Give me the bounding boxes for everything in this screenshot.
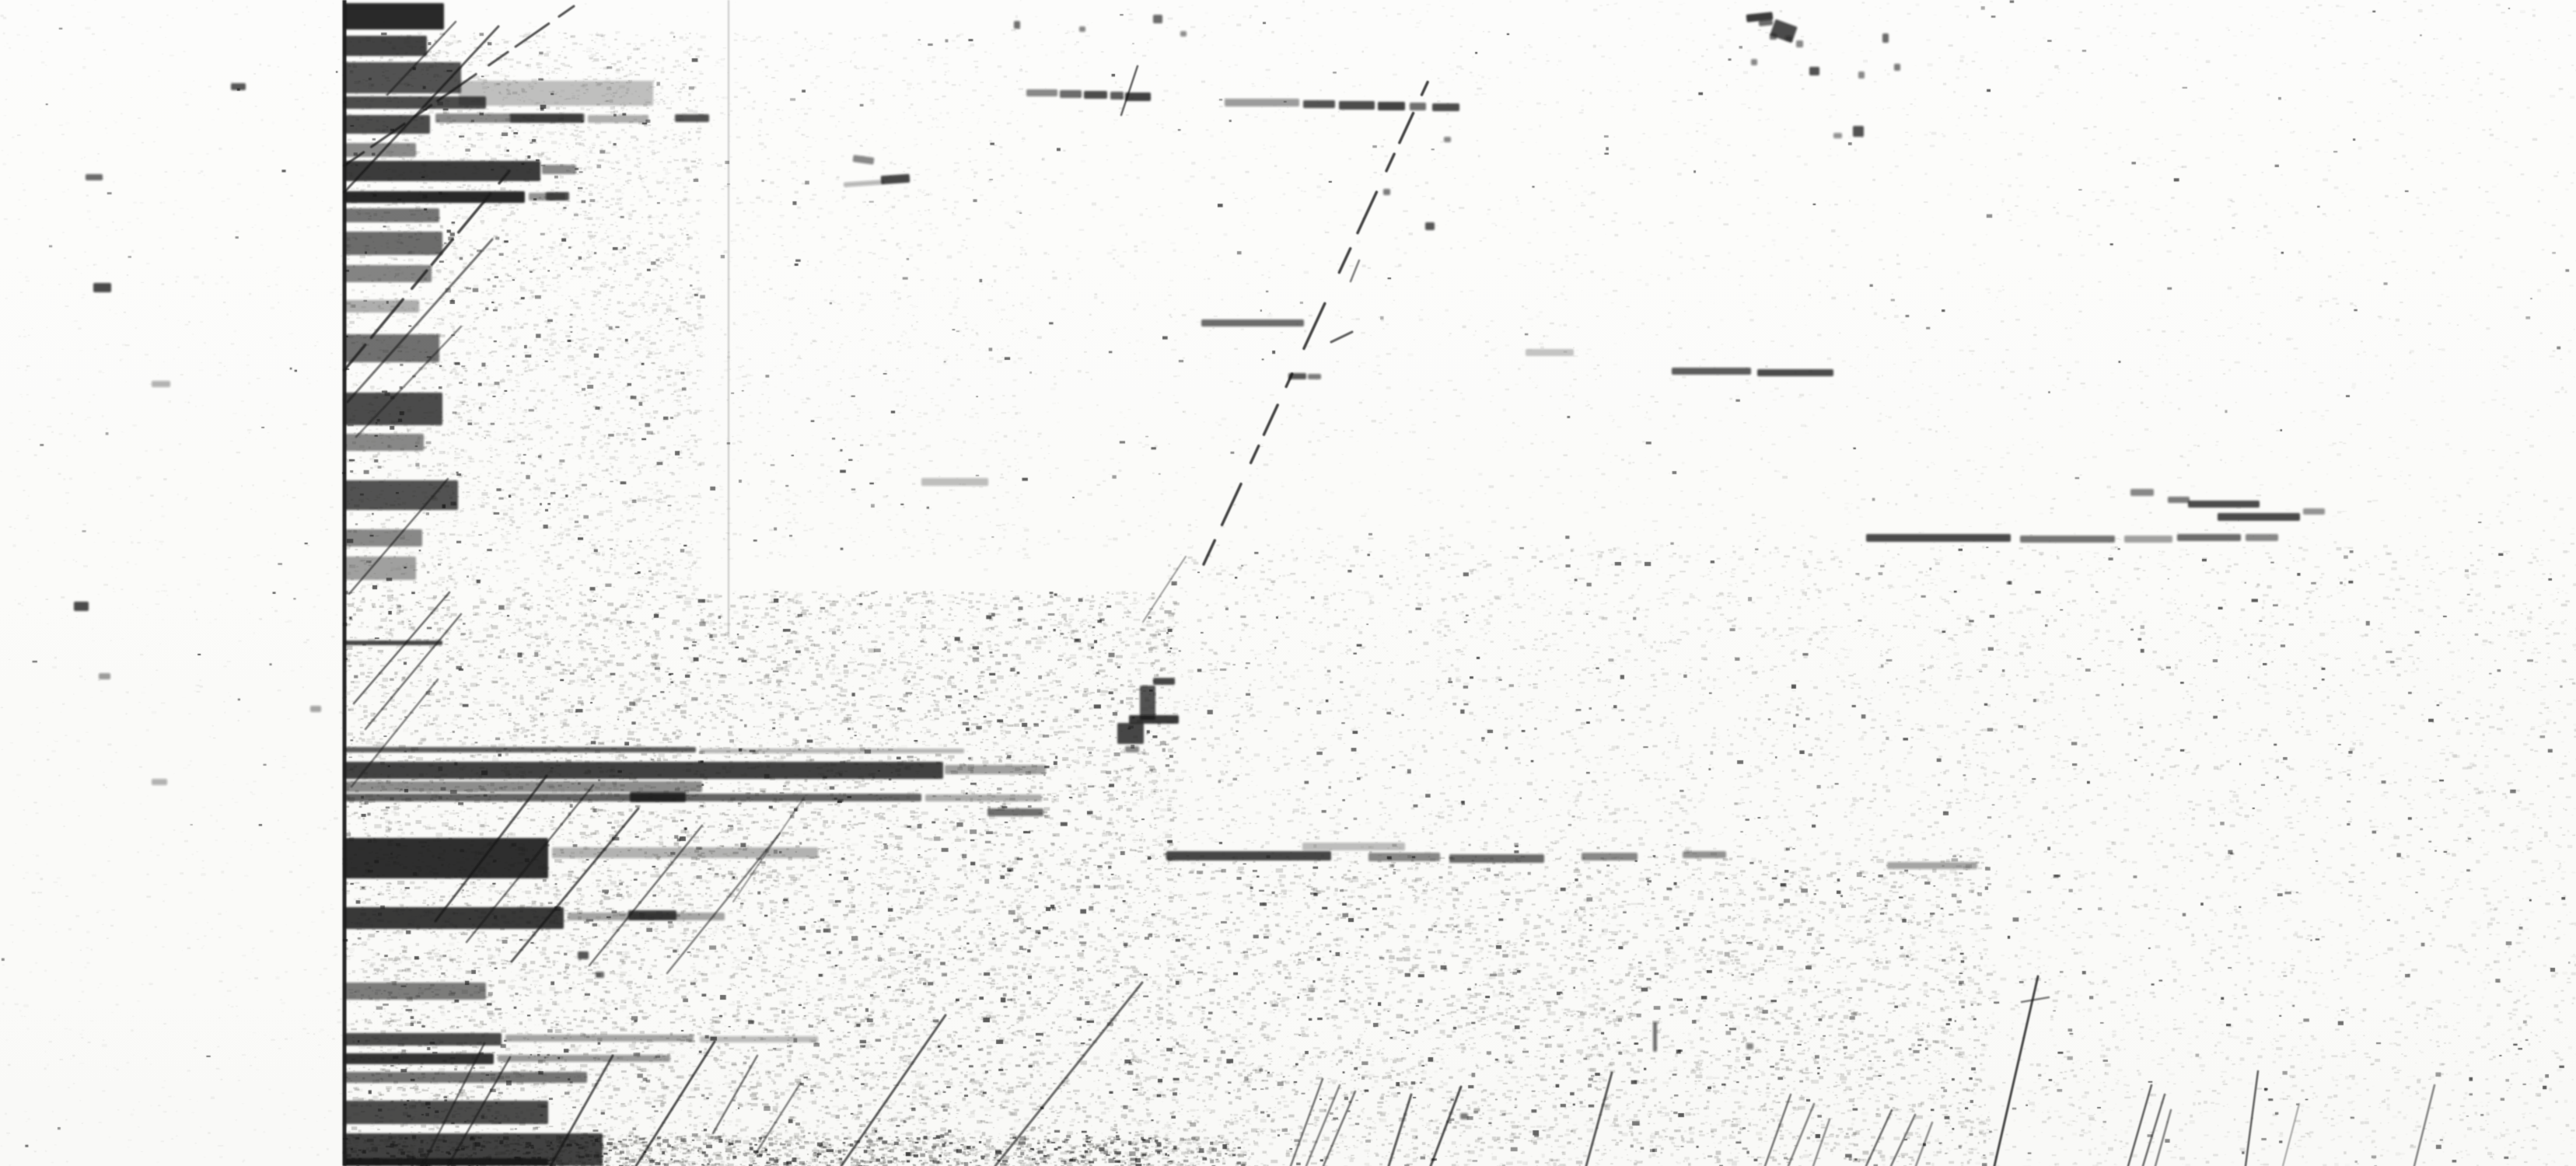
smudge-streak-61 [2168,497,2190,503]
scan-mark-21 [1796,40,1803,47]
smudge-streak-19 [344,300,419,312]
scan-mark-5 [844,180,884,187]
scratch-line-36 [1994,976,2038,1166]
smudge-streak-37 [552,847,818,858]
smudge-streak-29 [987,808,1043,816]
scan-mark-4 [1125,746,1139,752]
smudge-streak-42 [1683,851,1726,858]
smudge-streak-82 [1410,103,1426,110]
scratch-line-4 [348,239,492,402]
smudge-streak-51 [700,1036,818,1042]
smudge-streak-73 [1026,89,1057,96]
smudge-streak-23 [344,480,458,510]
scanned-page [0,0,2576,1166]
smudge-streak-1 [344,36,427,56]
smudge-streak-65 [1866,534,2011,542]
scratch-line-24 [1291,1079,1323,1166]
scratch-line-40 [2246,1071,2258,1166]
smudge-streak-64 [2303,508,2325,515]
scratch-line-30 [1765,1094,1791,1166]
smudge-streak-72 [921,478,988,486]
smudge-streak-69 [2246,534,2278,541]
smudge-streak-3 [459,81,653,106]
scan-mark-25 [1882,33,1889,43]
scan-mark-41 [578,951,589,959]
smudge-streak-41 [1582,853,1638,861]
smudge-streak-11 [344,161,540,181]
scratch-line-35 [1916,1122,1932,1166]
scratch-line-26 [1323,1091,1355,1166]
scan-marks-layer [0,0,2576,1166]
scan-mark-10 [1288,373,1306,379]
smudge-streak-68 [2177,534,2241,541]
scan-mark-23 [1809,67,1819,75]
scratch-line-12 [512,808,638,962]
smudge-streak-16 [344,208,439,222]
scan-mark-2 [1129,715,1179,724]
scratch-line-21 [756,1084,800,1154]
smudge-streak-60 [1757,369,1833,376]
smudge-streak-26 [344,641,442,645]
scan-mark-38 [1653,1022,1657,1052]
scan-mark-11 [1308,374,1321,379]
scratch-line-28 [1431,1087,1461,1166]
smudge-streak-66 [2020,536,2115,543]
scratch-line-46 [1351,260,1359,281]
scan-mark-9 [1444,137,1451,142]
smudge-streak-0 [344,3,444,30]
smudge-streak-57 [344,1158,548,1166]
scan-mark-6 [881,174,911,185]
scratch-line-29 [1586,1073,1612,1166]
scan-mark-30 [86,174,103,180]
scratch-line-22 [841,1015,945,1166]
scratch-line-31 [1788,1104,1814,1166]
smudge-streak-58 [1201,319,1304,326]
scan-mark-24 [1858,72,1865,79]
scratch-line-42 [2414,1085,2434,1166]
smudge-streak-47 [628,910,676,920]
smudge-streak-17 [344,232,442,255]
scan-mark-26 [1894,64,1900,71]
scan-mark-14 [1153,15,1162,23]
smudge-streak-67 [2124,536,2172,543]
smudge-streak-76 [1110,92,1124,99]
faint-vertical-rule [728,0,730,637]
scan-mark-40 [1460,1113,1468,1119]
scan-mark-36 [152,779,167,785]
scan-mark-8 [1383,189,1390,195]
scan-mark-0 [1153,678,1175,685]
smudge-streak-24 [344,529,422,546]
scratch-line-47 [1143,557,1186,622]
scratch-line-41 [2283,1104,2299,1166]
smudge-streak-78 [1225,99,1299,106]
scan-mark-19 [1770,33,1777,40]
scan-mark-15 [1180,31,1187,37]
smudge-streak-36 [344,838,548,878]
smudge-streak-79 [1303,100,1335,108]
smudge-streak-74 [1060,90,1082,98]
smudge-streak-32 [344,781,702,792]
scan-mark-29 [231,83,246,90]
smudge-streak-20 [344,334,439,362]
main-vertical-rule [343,0,347,1166]
scan-mark-31 [93,283,111,292]
scan-mark-22 [1751,59,1757,65]
smudge-streak-75 [1084,91,1107,99]
smudge-streak-13 [344,191,525,203]
scratch-line-25 [1306,1085,1340,1166]
smudge-streak-40 [1449,854,1544,863]
smudge-streak-7 [510,113,583,123]
smudge-streak-43 [1887,862,1977,869]
scan-mark-42 [596,972,604,978]
scratch-line-33 [1866,1110,1892,1166]
smudge-streak-12 [542,165,576,174]
smudge-streak-35 [925,794,1042,801]
scan-mark-7 [1425,222,1435,230]
smudge-streak-50 [505,1035,694,1042]
scratch-line-23 [995,983,1142,1166]
scratch-line-37 [2128,1085,2151,1166]
smudge-streak-70 [2130,489,2154,496]
smudge-streak-25 [344,557,416,580]
scratch-line-20 [713,1056,757,1133]
scan-mark-3 [1117,723,1144,744]
scan-mark-28 [1833,133,1842,138]
smudge-streak-31 [945,765,1046,774]
scratch-line-27 [1389,1094,1411,1166]
smudge-streak-4 [344,96,486,109]
scan-mark-27 [1853,126,1864,137]
smudge-streak-81 [1378,102,1405,110]
scratch-line-43 [1204,62,1437,564]
scan-mark-35 [310,706,321,712]
smudge-streak-30 [344,762,943,779]
smudge-streak-62 [2188,501,2260,508]
scratch-line-44 [1121,66,1138,115]
smudge-streak-52 [344,1053,494,1064]
smudge-streak-28 [700,749,964,753]
scan-mark-1 [1140,686,1155,720]
smudge-streak-53 [498,1055,670,1062]
smudge-streak-8 [588,115,648,123]
smudge-streaks-group [344,3,2325,1166]
smudge-streak-39 [1368,853,1440,861]
scan-mark-33 [74,602,89,611]
smudge-streak-48 [344,983,486,1000]
smudge-streak-15 [546,192,569,201]
smudge-streak-71 [1526,349,1574,356]
smudge-streak-27 [344,747,696,752]
scan-mark-20 [1785,36,1792,41]
smudge-streak-80 [1339,101,1375,110]
scratch-line-45 [1331,332,1352,342]
scratch-line-48 [2022,997,2049,1002]
scan-mark-12 [1014,21,1020,29]
smudge-streak-49 [344,1033,502,1046]
smudge-streak-59 [1672,368,1751,375]
scratch-line-34 [1891,1115,1915,1166]
scan-mark-39 [1746,1043,1753,1049]
scan-mark-32 [152,381,170,387]
scratch-line-8 [365,614,461,729]
scan-mark-13 [1079,26,1085,32]
smudge-streak-9 [675,114,709,122]
smudge-streak-63 [2218,513,2300,521]
smudge-streak-83 [1432,103,1459,111]
smudge-streak-44 [1302,843,1405,850]
scratch-line-32 [1813,1119,1830,1166]
smudge-streak-45 [344,907,564,929]
diagonal-scratches-group [344,6,2434,1166]
scan-mark-37 [853,155,875,165]
smudge-streak-5 [344,115,430,134]
scan-mark-34 [99,673,110,679]
smudge-streak-38 [1166,851,1331,861]
smudge-streak-34 [630,792,686,802]
